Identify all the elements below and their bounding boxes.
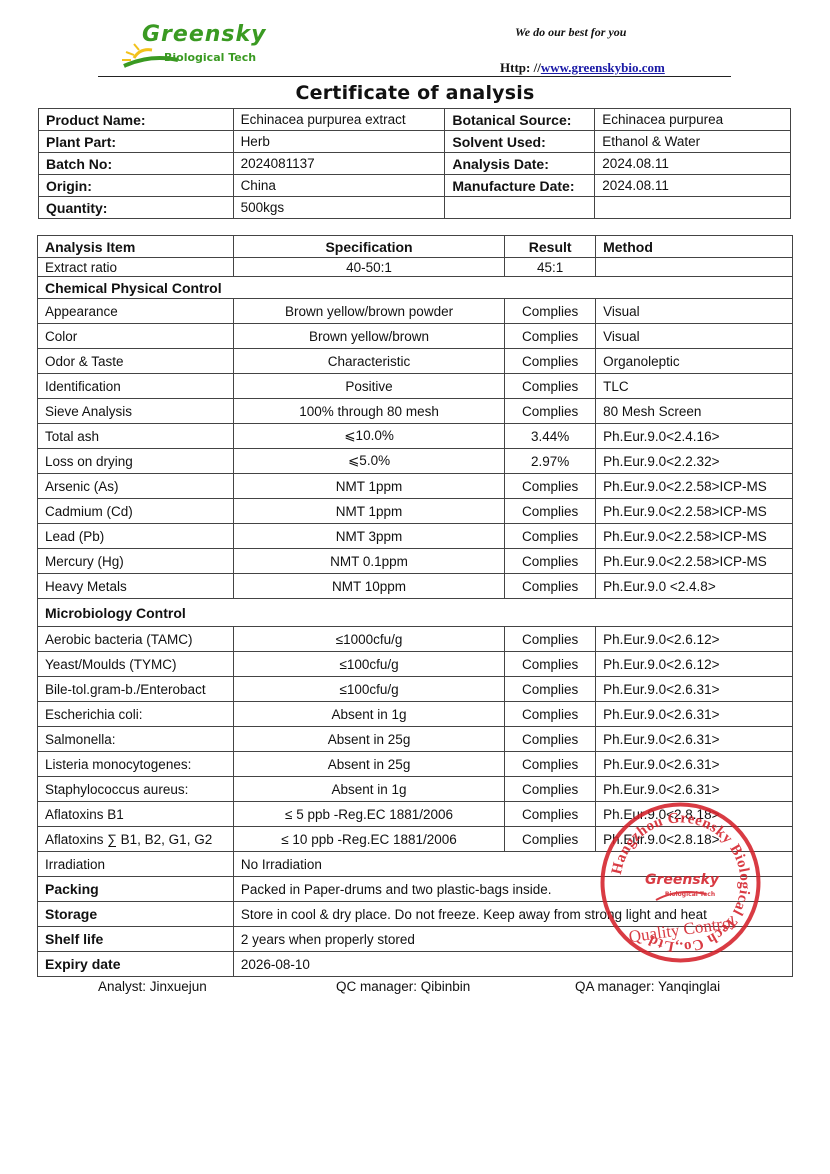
result-cell: Complies — [505, 752, 596, 777]
item-cell: Extract ratio — [38, 258, 234, 277]
section-header-chemical: Chemical Physical Control — [38, 277, 793, 299]
item-cell: Aflatoxins B1 — [38, 802, 234, 827]
table-row: Yeast/Moulds (TYMC)≤100cfu/gCompliesPh.E… — [38, 652, 793, 677]
info-row: Plant Part:HerbSolvent Used:Ethanol & Wa… — [39, 131, 791, 153]
result-cell: Complies — [505, 349, 596, 374]
footer-value: 2 years when properly stored — [233, 927, 792, 952]
item-cell: Listeria monocytogenes: — [38, 752, 234, 777]
method-cell: Ph.Eur.9.0<2.2.32> — [596, 449, 793, 474]
slogan: We do our best for you — [515, 25, 626, 40]
info-label: Manufacture Date: — [445, 175, 595, 197]
method-cell — [596, 258, 793, 277]
info-value: 500kgs — [233, 197, 445, 219]
info-value: Herb — [233, 131, 445, 153]
footer-label: Shelf life — [38, 927, 234, 952]
table-row: Salmonella:Absent in 25gCompliesPh.Eur.9… — [38, 727, 793, 752]
method-cell: Visual — [596, 299, 793, 324]
item-cell: Cadmium (Cd) — [38, 499, 234, 524]
result-cell: Complies — [505, 299, 596, 324]
item-cell: Odor & Taste — [38, 349, 234, 374]
item-cell: Loss on drying — [38, 449, 234, 474]
footer-row: PackingPacked in Paper-drums and two pla… — [38, 877, 793, 902]
table-row: Extract ratio40-50:145:1 — [38, 258, 793, 277]
result-cell: Complies — [505, 399, 596, 424]
result-cell: Complies — [505, 627, 596, 652]
document-title: Certificate of analysis — [0, 82, 830, 104]
spec-cell: Brown yellow/brown powder — [233, 299, 504, 324]
item-cell: Lead (Pb) — [38, 524, 234, 549]
info-label — [445, 197, 595, 219]
spec-cell: ≤100cfu/g — [233, 677, 504, 702]
spec-cell: ≤1000cfu/g — [233, 627, 504, 652]
footer-row: Expiry date2026-08-10 — [38, 952, 793, 977]
table-row: Staphylococcus aureus:Absent in 1gCompli… — [38, 777, 793, 802]
table-header-row: Analysis ItemSpecificationResultMethod — [38, 236, 793, 258]
method-cell: TLC — [596, 374, 793, 399]
result-cell: 2.97% — [505, 449, 596, 474]
info-value: Echinacea purpurea extract — [233, 109, 445, 131]
logo-subtitle: Biological Tech — [164, 51, 256, 64]
header-divider — [98, 76, 731, 77]
method-cell: Ph.Eur.9.0<2.6.31> — [596, 702, 793, 727]
website-line: Http: //www.greenskybio.com — [500, 60, 665, 76]
item-cell: Color — [38, 324, 234, 349]
result-cell: Complies — [505, 324, 596, 349]
info-label: Quantity: — [39, 197, 234, 219]
spec-cell: ⩽10.0% — [233, 424, 504, 449]
section-title: Chemical Physical Control — [38, 277, 793, 299]
table-row: Mercury (Hg)NMT 0.1ppmCompliesPh.Eur.9.0… — [38, 549, 793, 574]
result-cell: Complies — [505, 777, 596, 802]
logo-title: Greensky — [142, 22, 266, 47]
table-row: IdentificationPositiveCompliesTLC — [38, 374, 793, 399]
result-cell: Complies — [505, 802, 596, 827]
spec-cell: NMT 1ppm — [233, 499, 504, 524]
result-cell: 3.44% — [505, 424, 596, 449]
result-cell: 45:1 — [505, 258, 596, 277]
method-cell: Ph.Eur.9.0<2.6.31> — [596, 752, 793, 777]
spec-cell: Brown yellow/brown — [233, 324, 504, 349]
footer-value: Packed in Paper-drums and two plastic-ba… — [233, 877, 792, 902]
spec-cell: NMT 1ppm — [233, 474, 504, 499]
table-row: Escherichia coli:Absent in 1gCompliesPh.… — [38, 702, 793, 727]
spec-cell: Absent in 1g — [233, 777, 504, 802]
table-row: Sieve Analysis100% through 80 meshCompli… — [38, 399, 793, 424]
spec-cell: ≤100cfu/g — [233, 652, 504, 677]
method-cell: Ph.Eur.9.0<2.2.58>ICP-MS — [596, 549, 793, 574]
footer-label: Storage — [38, 902, 234, 927]
item-cell: Salmonella: — [38, 727, 234, 752]
result-cell: Complies — [505, 524, 596, 549]
table-row: Listeria monocytogenes:Absent in 25gComp… — [38, 752, 793, 777]
result-cell: Complies — [505, 652, 596, 677]
item-cell: Escherichia coli: — [38, 702, 234, 727]
method-cell: Ph.Eur.9.0<2.6.31> — [596, 777, 793, 802]
result-cell: Complies — [505, 499, 596, 524]
section-title: Microbiology Control — [38, 599, 793, 627]
table-row: Cadmium (Cd)NMT 1ppmCompliesPh.Eur.9.0<2… — [38, 499, 793, 524]
info-row: Product Name:Echinacea purpurea extractB… — [39, 109, 791, 131]
info-label: Batch No: — [39, 153, 234, 175]
section-header-microbiology: Microbiology Control — [38, 599, 793, 627]
info-value — [595, 197, 791, 219]
result-header: Result — [505, 236, 596, 258]
spec-cell: NMT 0.1ppm — [233, 549, 504, 574]
info-row: Quantity:500kgs — [39, 197, 791, 219]
method-cell: 80 Mesh Screen — [596, 399, 793, 424]
info-row: Origin:ChinaManufacture Date:2024.08.11 — [39, 175, 791, 197]
item-cell: Sieve Analysis — [38, 399, 234, 424]
footer-row: Shelf life2 years when properly stored — [38, 927, 793, 952]
spec-cell: Absent in 25g — [233, 727, 504, 752]
irradiation-label: Irradiation — [38, 852, 234, 877]
method-cell: Ph.Eur.9.0<2.8.18> — [596, 827, 793, 852]
method-cell: Ph.Eur.9.0<2.6.12> — [596, 652, 793, 677]
method-cell: Ph.Eur.9.0<2.2.58>ICP-MS — [596, 474, 793, 499]
table-row: Aerobic bacteria (TAMC)≤1000cfu/gComplie… — [38, 627, 793, 652]
item-cell: Aerobic bacteria (TAMC) — [38, 627, 234, 652]
footer-value: 2026-08-10 — [233, 952, 792, 977]
method-cell: Organoleptic — [596, 349, 793, 374]
item-cell: Bile-tol.gram-b./Enterobact — [38, 677, 234, 702]
result-cell: Complies — [505, 549, 596, 574]
result-cell: Complies — [505, 374, 596, 399]
spec-cell: NMT 3ppm — [233, 524, 504, 549]
method-cell: Ph.Eur.9.0<2.2.58>ICP-MS — [596, 524, 793, 549]
footer-value: Store in cool & dry place. Do not freeze… — [233, 902, 792, 927]
website-link[interactable]: www.greenskybio.com — [541, 60, 665, 75]
info-value: Echinacea purpurea — [595, 109, 791, 131]
analysis-table: Analysis ItemSpecificationResultMethodEx… — [37, 235, 793, 977]
table-row: Total ash⩽10.0%3.44%Ph.Eur.9.0<2.4.16> — [38, 424, 793, 449]
specification-header: Specification — [233, 236, 504, 258]
result-cell: Complies — [505, 474, 596, 499]
table-row: Bile-tol.gram-b./Enterobact≤100cfu/gComp… — [38, 677, 793, 702]
spec-cell: Characteristic — [233, 349, 504, 374]
item-cell: Staphylococcus aureus: — [38, 777, 234, 802]
result-cell: Complies — [505, 827, 596, 852]
item-cell: Identification — [38, 374, 234, 399]
qc-manager-signature: QC manager: Qibinbin — [336, 979, 470, 994]
result-cell: Complies — [505, 677, 596, 702]
table-row: Odor & TasteCharacteristicCompliesOrgano… — [38, 349, 793, 374]
irradiation-row: IrradiationNo Irradiation — [38, 852, 793, 877]
analysis-item-header: Analysis Item — [38, 236, 234, 258]
info-label: Analysis Date: — [445, 153, 595, 175]
info-row: Batch No:2024081137Analysis Date:2024.08… — [39, 153, 791, 175]
info-label: Solvent Used: — [445, 131, 595, 153]
method-cell: Visual — [596, 324, 793, 349]
info-label: Plant Part: — [39, 131, 234, 153]
method-header: Method — [596, 236, 793, 258]
method-cell: Ph.Eur.9.0<2.6.31> — [596, 677, 793, 702]
info-label: Product Name: — [39, 109, 234, 131]
qa-manager-signature: QA manager: Yanqinglai — [575, 979, 720, 994]
spec-cell: ⩽5.0% — [233, 449, 504, 474]
method-cell: Ph.Eur.9.0<2.6.31> — [596, 727, 793, 752]
spec-cell: Absent in 25g — [233, 752, 504, 777]
table-row: Aflatoxins B1≤ 5 ppb -Reg.EC 1881/2006Co… — [38, 802, 793, 827]
spec-cell: Absent in 1g — [233, 702, 504, 727]
irradiation-value: No Irradiation — [233, 852, 792, 877]
method-cell: Ph.Eur.9.0<2.6.12> — [596, 627, 793, 652]
company-logo: Greensky Biological Tech — [120, 22, 260, 74]
method-cell: Ph.Eur.9.0<2.8.18> — [596, 802, 793, 827]
spec-cell: ≤ 5 ppb -Reg.EC 1881/2006 — [233, 802, 504, 827]
spec-cell: Positive — [233, 374, 504, 399]
spec-cell: 40-50:1 — [233, 258, 504, 277]
result-cell: Complies — [505, 574, 596, 599]
table-row: Loss on drying⩽5.0%2.97%Ph.Eur.9.0<2.2.3… — [38, 449, 793, 474]
table-row: AppearanceBrown yellow/brown powderCompl… — [38, 299, 793, 324]
footer-label: Packing — [38, 877, 234, 902]
item-cell: Yeast/Moulds (TYMC) — [38, 652, 234, 677]
method-cell: Ph.Eur.9.0<2.2.58>ICP-MS — [596, 499, 793, 524]
table-row: Aflatoxins ∑ B1, B2, G1, G2≤ 10 ppb -Reg… — [38, 827, 793, 852]
product-info-table: Product Name:Echinacea purpurea extractB… — [38, 108, 791, 219]
item-cell: Total ash — [38, 424, 234, 449]
footer-label: Expiry date — [38, 952, 234, 977]
info-label: Botanical Source: — [445, 109, 595, 131]
table-row: ColorBrown yellow/brownCompliesVisual — [38, 324, 793, 349]
method-cell: Ph.Eur.9.0<2.4.16> — [596, 424, 793, 449]
spec-cell: NMT 10ppm — [233, 574, 504, 599]
result-cell: Complies — [505, 727, 596, 752]
info-value: Ethanol & Water — [595, 131, 791, 153]
spec-cell: ≤ 10 ppb -Reg.EC 1881/2006 — [233, 827, 504, 852]
item-cell: Heavy Metals — [38, 574, 234, 599]
website-prefix: Http: // — [500, 60, 541, 75]
item-cell: Appearance — [38, 299, 234, 324]
info-value: 2024.08.11 — [595, 175, 791, 197]
method-cell: Ph.Eur.9.0 <2.4.8> — [596, 574, 793, 599]
footer-row: StorageStore in cool & dry place. Do not… — [38, 902, 793, 927]
table-row: Arsenic (As)NMT 1ppmCompliesPh.Eur.9.0<2… — [38, 474, 793, 499]
spec-cell: 100% through 80 mesh — [233, 399, 504, 424]
result-cell: Complies — [505, 702, 596, 727]
info-value: China — [233, 175, 445, 197]
item-cell: Mercury (Hg) — [38, 549, 234, 574]
info-value: 2024081137 — [233, 153, 445, 175]
info-label: Origin: — [39, 175, 234, 197]
item-cell: Aflatoxins ∑ B1, B2, G1, G2 — [38, 827, 234, 852]
item-cell: Arsenic (As) — [38, 474, 234, 499]
info-value: 2024.08.11 — [595, 153, 791, 175]
table-row: Lead (Pb)NMT 3ppmCompliesPh.Eur.9.0<2.2.… — [38, 524, 793, 549]
table-row: Heavy MetalsNMT 10ppmCompliesPh.Eur.9.0 … — [38, 574, 793, 599]
analyst-signature: Analyst: Jinxuejun — [98, 979, 207, 994]
